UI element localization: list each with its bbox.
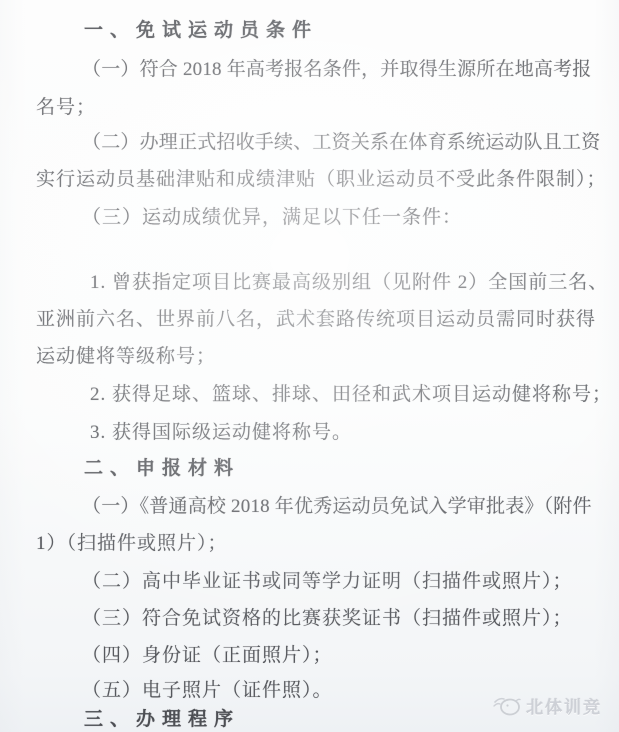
text-line: 1. 曾获指定项目比赛最高级别组（见附件 2）全国前三名、 <box>90 267 608 294</box>
scanned-document-page: 一、免试运动员条件 （一）符合 2018 年高考报名条件，并取得生源所在地高考报… <box>0 0 619 732</box>
text-line: 实行运动员基础津贴和成绩津贴（职业运动员不受此条件限制）； <box>36 164 607 191</box>
watermark-label: 北体训竞 <box>526 693 602 718</box>
text-line: （二）高中毕业证书或同等学力证明（扫描件或照片）； <box>82 566 573 593</box>
text-line: 亚洲前六名、世界前八名，武术套路传统项目运动员需同时获得 <box>36 304 596 331</box>
text-line: （三）运动成绩优异，满足以下任一条件： <box>82 202 462 229</box>
text-line: 3. 获得国际级运动健将称号。 <box>90 417 352 444</box>
section-heading: 三、办理程序 <box>84 704 240 731</box>
text-line: 运动健将等级称号； <box>36 341 216 368</box>
section-heading: 一、免试运动员条件 <box>84 15 318 42</box>
whale-mascot-icon <box>492 692 522 718</box>
text-line: （一）《普通高校 2018 年优秀运动员免试入学审批表》（附件 <box>82 491 592 518</box>
text-line: 名号； <box>36 92 96 119</box>
text-line: （三）符合免试资格的比赛获奖证书（扫描件或照片）； <box>82 603 573 630</box>
text-line: （一）符合 2018 年高考报名条件，并取得生源所在地高考报 <box>82 54 592 81</box>
text-line: （五）电子照片（证件照）。 <box>82 675 333 702</box>
publisher-watermark: 北体训竞 <box>492 686 616 724</box>
text-line: （二）办理正式招收手续、工资关系在体育系统运动队且工资 <box>82 127 600 154</box>
text-line: 1）（扫描件或照片）； <box>36 528 228 555</box>
text-line: （四）身份证（正面照片）； <box>82 640 333 667</box>
section-heading: 二、申报材料 <box>84 453 240 480</box>
text-line: 2. 获得足球、篮球、排球、田径和武术项目运动健将称号； <box>90 379 612 406</box>
